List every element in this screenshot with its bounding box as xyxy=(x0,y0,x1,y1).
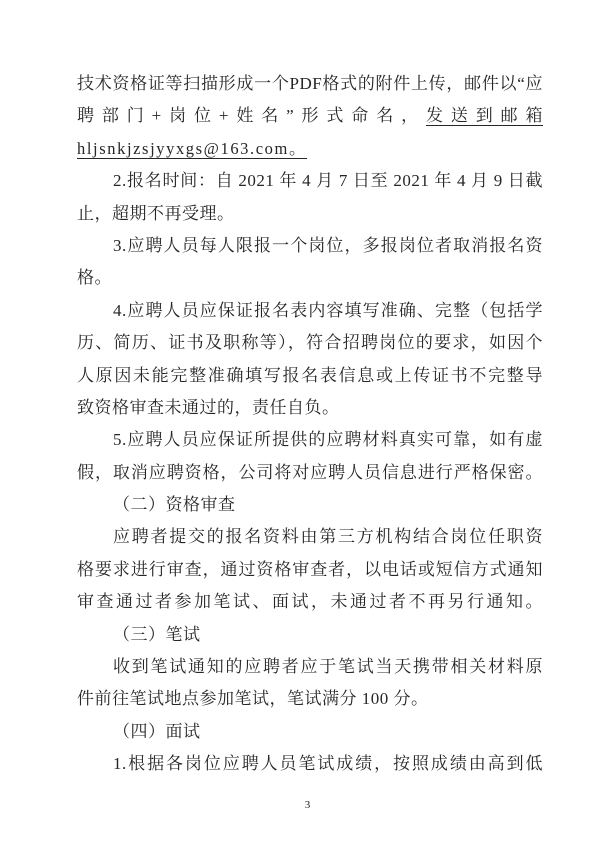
doc-line: 收到笔试通知的应聘者应于笔试当天携带相关材料原 xyxy=(77,651,543,683)
email-address: hljsnkjzsjyyxgs@163.com。 xyxy=(77,139,307,158)
doc-line: 2.报名时间：自 2021 年 4 月 7 日至 2021 年 4 月 9 日截 xyxy=(77,165,543,197)
page-number: 3 xyxy=(0,799,615,811)
doc-line: 审查通过者参加笔试、面试，未通过者不再另行通知。 xyxy=(77,586,543,618)
doc-line: 1.根据各岗位应聘人员笔试成绩，按照成绩由高到低 xyxy=(77,748,543,780)
document-content: 技术资格证等扫描形成一个PDF格式的附件上传，邮件以“应 聘部门+岗位+姓名”形… xyxy=(77,68,543,781)
doc-line: 聘部门+岗位+姓名”形式命名，发送到邮箱 xyxy=(77,100,543,132)
doc-line: 5.应聘人员应保证所提供的应聘材料真实可靠，如有虚 xyxy=(77,424,543,456)
heading-written-test: （三）笔试 xyxy=(77,619,543,651)
underlined-phrase: 发送到邮箱 xyxy=(426,106,543,125)
heading-interview: （四）面试 xyxy=(77,716,543,748)
doc-line: 历、简历、证书及职称等），符合招聘岗位的要求，如因个 xyxy=(77,327,543,359)
document-page: 技术资格证等扫描形成一个PDF格式的附件上传，邮件以“应 聘部门+岗位+姓名”形… xyxy=(0,0,615,855)
doc-line: 止，超期不再受理。 xyxy=(77,198,543,230)
doc-line: 人原因未能完整准确填写报名表信息或上传证书不完整导 xyxy=(77,360,543,392)
email-line: hljsnkjzsjyyxgs@163.com。 xyxy=(77,133,543,165)
doc-line: 致资格审查未通过的，责任自负。 xyxy=(77,392,543,424)
doc-line: 4.应聘人员应保证报名表内容填写准确、完整（包括学 xyxy=(77,295,543,327)
doc-line: 件前往笔试地点参加笔试，笔试满分 100 分。 xyxy=(77,683,543,715)
doc-line: 假，取消应聘资格，公司将对应聘人员信息进行严格保密。 xyxy=(77,457,543,489)
doc-line-text: 聘部门+岗位+姓名”形式命名， xyxy=(77,106,426,125)
heading-qualification-review: （二）资格审查 xyxy=(77,489,543,521)
doc-line: 格要求进行审查，通过资格审查者，以电话或短信方式通知 xyxy=(77,554,543,586)
doc-line: 技术资格证等扫描形成一个PDF格式的附件上传，邮件以“应 xyxy=(77,68,543,100)
doc-line: 3.应聘人员每人限报一个岗位，多报岗位者取消报名资 xyxy=(77,230,543,262)
doc-line: 应聘者提交的报名资料由第三方机构结合岗位任职资 xyxy=(77,521,543,553)
doc-line: 格。 xyxy=(77,262,543,294)
